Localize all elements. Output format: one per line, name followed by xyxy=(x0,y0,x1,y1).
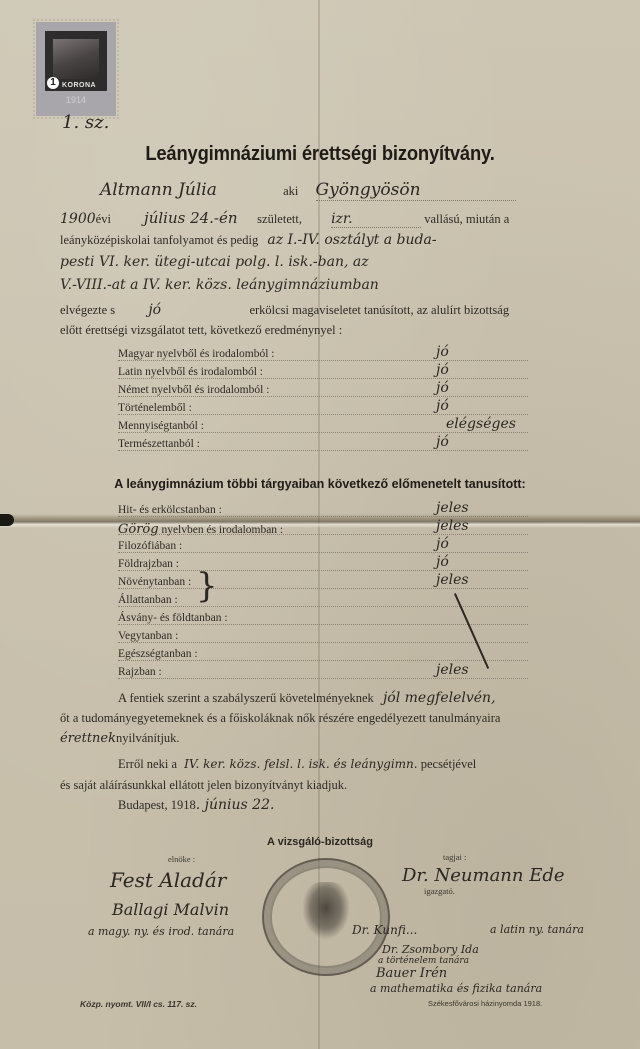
serial-number: 1. sz. xyxy=(62,112,109,133)
grade-value: jó xyxy=(436,398,449,414)
stamp-value: 1 xyxy=(47,77,59,89)
subject-label: Mennyiségtanból : xyxy=(118,420,204,432)
school-seal-name: IV. ker. közs. felsl. l. isk. és leánygi… xyxy=(184,757,417,771)
subject-label: Növénytanban : xyxy=(118,576,191,588)
member-role: a magy. ny. és irod. tanára xyxy=(88,925,234,938)
exam-results-list: Magyar nyelvből és irodalomból : jó Lati… xyxy=(118,346,528,454)
grade-value: elégséges xyxy=(446,416,516,432)
subject-label: Egészségtanban : xyxy=(118,648,198,660)
bracket-mark: } xyxy=(196,566,218,606)
dotted-leader xyxy=(118,660,528,661)
subject-row: Rajzban : jeles xyxy=(118,664,528,682)
dotted-leader xyxy=(118,570,528,571)
subject-label: Földrajzban : xyxy=(118,558,179,570)
subject-label: Filozófiában : xyxy=(118,540,182,552)
erettnek-handwritten: érettnek xyxy=(60,731,116,746)
conduct-grade: jó xyxy=(148,302,246,318)
subject-label: Latin nyelvből és irodalomból : xyxy=(118,366,263,378)
document-title: Leánygimnáziumi érettségi bizonyítvány. xyxy=(26,143,615,166)
grade-value: jó xyxy=(436,380,449,396)
dotted-leader xyxy=(118,516,528,517)
director-title: igazgató. xyxy=(424,886,455,896)
szuletett-text: született, xyxy=(257,212,302,226)
conduct-text: erkölcsi magaviseletet tanúsított, az al… xyxy=(249,303,509,317)
subject-label: Ásvány- és földtanban : xyxy=(118,612,228,624)
dotted-leader xyxy=(118,588,528,589)
exam-result-row: Mennyiségtanból : elégséges xyxy=(118,418,528,436)
exam-result-row: Német nyelvből és irodalomból : jó xyxy=(118,382,528,400)
place-year: Budapest, 1918 xyxy=(118,798,196,812)
member-signature: Bauer Irén xyxy=(376,966,447,981)
dotted-leader xyxy=(118,378,528,379)
member-role: a történelem tanára xyxy=(378,956,469,966)
intro-line-7: előtt érettségi vizsgálatot tett, követk… xyxy=(60,323,342,338)
subject-label: Történelemből : xyxy=(118,402,192,414)
birth-year: 1900 xyxy=(60,211,96,227)
grade-value: jó xyxy=(436,344,449,360)
coat-of-arms-icon xyxy=(302,882,350,940)
subject-label: Természettanból : xyxy=(118,438,200,450)
member-role: a mathematika és fizika tanára xyxy=(370,982,542,995)
footer-printer: Székesfővárosi házinyomda 1918. xyxy=(428,999,542,1008)
conclusion-line-5: és saját aláírásunkkal ellátott jelen bi… xyxy=(60,778,347,793)
grade-value: jó xyxy=(436,536,449,552)
dotted-leader xyxy=(118,360,528,361)
dotted-leader xyxy=(118,678,528,679)
subject-label: Vegytanban : xyxy=(118,630,178,642)
dotted-leader xyxy=(118,414,528,415)
conclusion-printed: A fentiek szerint a szabályszerű követel… xyxy=(118,691,374,705)
certificate-document: 1 KORONA 1914 1. sz. Leánygimnáziumi ére… xyxy=(0,0,640,1049)
elvegezte-text: elvégezte s xyxy=(60,303,115,317)
dotted-leader xyxy=(118,642,528,643)
committee-heading: A vizsgáló-bizottság xyxy=(0,836,640,848)
errol-text: Erről neki a xyxy=(118,757,177,771)
revenue-stamp: 1 KORONA 1914 xyxy=(36,22,116,116)
subject-label: Görög nyelvben és irodalomban : xyxy=(118,522,283,537)
member-role: a latin ny. tanára xyxy=(490,923,584,936)
stamp-year: 1914 xyxy=(36,95,116,105)
footer-print-code: Közp. nyomt. VII/I cs. 117. sz. xyxy=(80,999,197,1009)
school-line: pesti VI. ker. ütegi-utcai polg. l. isk.… xyxy=(60,254,369,270)
paper-tear xyxy=(0,514,14,526)
dotted-leader xyxy=(118,606,528,607)
subject-row: Görög nyelvben és irodalomban : jeles xyxy=(118,520,528,538)
exam-result-row: Latin nyelvből és irodalomból : jó xyxy=(118,364,528,382)
stamp-currency: KORONA xyxy=(62,82,96,89)
grade-value: jó xyxy=(436,362,449,378)
conclusion-line-2: őt a tudományegyetemeknek és a főiskolák… xyxy=(60,711,500,726)
official-seal xyxy=(262,858,390,976)
intro-line-1: Altmann Júlia aki Gyöngyösön xyxy=(100,180,516,201)
birthplace: Gyöngyösön xyxy=(316,180,516,201)
exam-result-row: Magyar nyelvből és irodalomból : jó xyxy=(118,346,528,364)
chair-signature: Fest Aladár xyxy=(110,868,226,892)
chair-label: elnöke : xyxy=(168,854,195,864)
dotted-leader xyxy=(118,450,528,451)
subject-label: Rajzban : xyxy=(118,666,162,678)
grade-value: jeles xyxy=(436,518,469,534)
equestrian-statue-icon xyxy=(53,39,99,79)
dotted-leader xyxy=(118,396,528,397)
pecsetjevel-text: pecsétjével xyxy=(421,757,477,771)
other-subjects-heading: A leánygimnázium többi tárgyaiban követk… xyxy=(0,477,640,491)
grade-value: jeles xyxy=(436,572,469,588)
subject-row: Növénytanban : jeles xyxy=(118,574,528,592)
dotted-leader xyxy=(118,552,528,553)
place-date: Budapest, 1918. június 22. xyxy=(118,797,274,813)
evi-text: évi xyxy=(96,212,111,226)
birth-date: július 24.-én xyxy=(144,209,254,227)
classes-1-4: az I.-IV. osztályt a buda- xyxy=(267,232,436,248)
vallasu-text: vallású, miután a xyxy=(424,212,509,226)
member-signature: Dr. Kunfi... xyxy=(352,923,417,937)
nyilvanitjuk-text: nyilvánítjuk. xyxy=(116,731,180,745)
dotted-leader xyxy=(118,432,528,433)
grade-value: jó xyxy=(436,434,449,450)
member-signature: Dr. Zsombory Ida xyxy=(382,943,479,956)
aki-text: aki xyxy=(283,184,298,198)
conclusion-line-3: érettneknyilvánítjuk. xyxy=(60,731,180,746)
exam-result-row: Természettanból : jó xyxy=(118,436,528,454)
subject-row: Állattanban : xyxy=(118,592,528,610)
member-signature: Ballagi Malvin xyxy=(112,900,229,919)
subject-label: Magyar nyelvből és irodalomból : xyxy=(118,348,275,360)
intro-line-2: 1900évi július 24.-én született, izr. va… xyxy=(60,209,509,228)
director-signature: Dr. Neumann Ede xyxy=(402,865,565,886)
grade-value: jeles xyxy=(436,500,469,516)
other-subjects-list: Hit- és erkölcstanban : jeles Görög nyel… xyxy=(118,502,528,682)
stamp-frame: 1 KORONA xyxy=(45,31,107,91)
tanfolyam-text: leányközépiskolai tanfolyamot és pedig xyxy=(60,233,258,247)
conclusion-handwritten: jól megfelelvén, xyxy=(383,690,496,706)
subject-row: Vegytanban : xyxy=(118,628,528,646)
subject-printed: nyelvben és irodalomban : xyxy=(161,524,283,536)
student-name: Altmann Júlia xyxy=(100,180,280,200)
conclusion-line-1: A fentiek szerint a szabályszerű követel… xyxy=(118,690,496,706)
subject-handwritten: Görög xyxy=(118,522,159,537)
grade-value: jeles xyxy=(436,662,469,678)
members-label: tagjai : xyxy=(443,852,466,862)
grade-value: jó xyxy=(436,554,449,570)
gymnasium-line: V.-VIII.-at a IV. ker. közs. leánygimnáz… xyxy=(60,277,379,293)
religion: izr. xyxy=(331,211,421,228)
subject-label: Német nyelvből és irodalomból : xyxy=(118,384,269,396)
subject-row: Filozófiában : jó xyxy=(118,538,528,556)
intro-line-6: elvégezte s jó erkölcsi magaviseletet ta… xyxy=(60,302,509,318)
subject-label: Állattanban : xyxy=(118,594,178,606)
subject-label: Hit- és erkölcstanban : xyxy=(118,504,222,516)
conclusion-line-4: Erről neki a IV. ker. közs. felsl. l. is… xyxy=(118,757,476,772)
intro-line-3: leányközépiskolai tanfolyamot és pedig a… xyxy=(60,232,437,248)
date-handwritten: . június 22. xyxy=(196,797,275,813)
